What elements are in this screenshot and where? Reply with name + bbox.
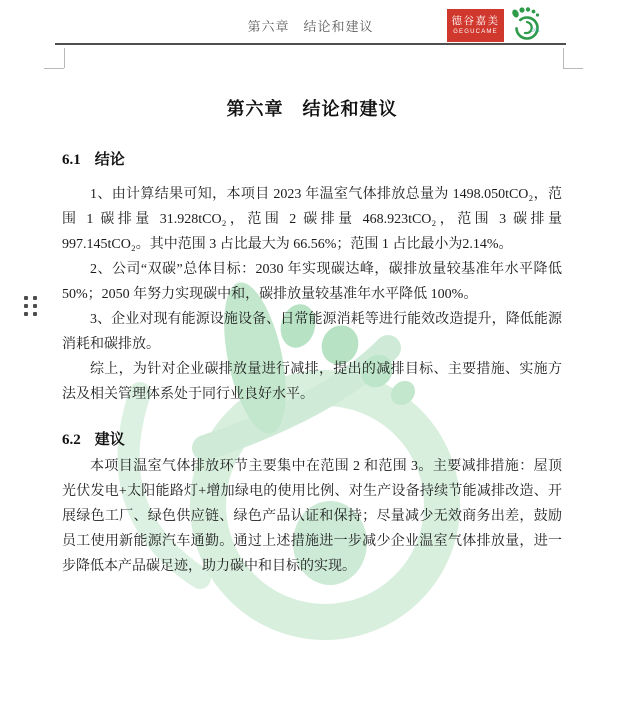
document-page: 第六章 结论和建议 德谷嘉美 GEGUCAME CO₂ [0, 0, 621, 702]
corner-mark-top-left [44, 68, 64, 69]
corner-mark-top-right [563, 68, 583, 69]
corner-mark-top-left [64, 48, 65, 68]
document-body: 第六章 结论和建议 6.1结论 1、由计算结果可知，本项目 2023 年温室气体… [62, 97, 562, 579]
brand-logo: 德谷嘉美 GEGUCAME [447, 9, 504, 42]
brand-name-cn: 德谷嘉美 [452, 15, 500, 28]
paragraph: 2、公司“双碳”总体目标：2030 年实现碳达峰，碳排放量较基准年水平降低 50… [62, 257, 562, 307]
paragraph: 3、企业对现有能源设施设备、日常能源消耗等进行能效改造提升，降低能源消耗和碳排放… [62, 307, 562, 357]
section-6-2-paragraphs: 本项目温室气体排放环节主要集中在范围 2 和范围 3。主要减排措施：屋顶光伏发电… [62, 454, 562, 579]
drag-handle[interactable] [24, 296, 37, 316]
section-6-1-paragraphs: 1、由计算结果可知，本项目 2023 年温室气体排放总量为 1498.050tC… [62, 182, 562, 407]
paragraph: 1、由计算结果可知，本项目 2023 年温室气体排放总量为 1498.050tC… [62, 182, 562, 257]
section-number: 6.2 [62, 432, 81, 448]
paragraph: 综上，为针对企业碳排放量进行减排，提出的减排目标、主要措施、实施方法及相关管理体… [62, 357, 562, 407]
footprint-logo-co2-label: CO₂ [531, 28, 540, 33]
corner-mark-top-right [563, 48, 564, 68]
section-heading-label: 建议 [95, 432, 125, 448]
section-heading-label: 结论 [95, 152, 125, 168]
section-heading-6-1: 6.1结论 [62, 149, 562, 171]
section-heading-6-2: 6.2建议 [62, 429, 562, 451]
paragraph: 本项目温室气体排放环节主要集中在范围 2 和范围 3。主要减排措施：屋顶光伏发电… [62, 454, 562, 579]
page-title: 第六章 结论和建议 [62, 97, 562, 122]
brand-name-en: GEGUCAME [453, 28, 498, 36]
section-number: 6.1 [62, 152, 81, 168]
carbon-footprint-icon: CO₂ [507, 5, 545, 43]
header-rule [55, 43, 566, 45]
